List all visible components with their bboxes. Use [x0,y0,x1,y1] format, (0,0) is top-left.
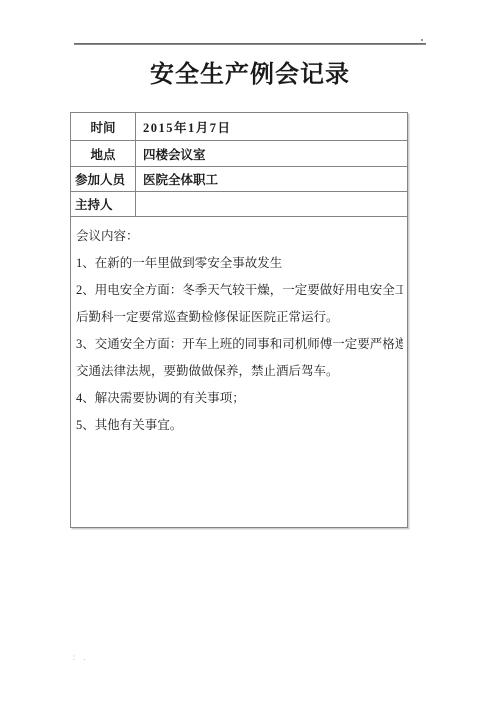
page-title: 安全生产例会记录 [0,60,500,90]
location-value: 四楼会议室 [136,141,408,167]
meeting-content-cell: 会议内容： 1、在新的一年里做到零安全事故发生 2、用电安全方面：冬季天气较干燥… [71,217,408,528]
table-row-time: 时间 2015年1月7日 [71,113,408,141]
time-label: 时间 [71,113,136,141]
content-header: 会议内容： [76,223,403,250]
content-line-3: 3、交通安全方面：开车上班的同事和司机师傅一定要严格遵守 [76,331,403,358]
table-row-content: 会议内容： 1、在新的一年里做到零安全事故发生 2、用电安全方面：冬季天气较干燥… [71,217,408,528]
host-value [136,192,408,217]
content-line-3-cont: 交通法律法规，要勤做做保养，禁止酒后驾车。 [76,358,403,385]
location-label: 地点 [71,141,136,167]
participants-value: 医院全体职工 [136,167,408,192]
table-row-location: 地点 四楼会议室 [71,141,408,167]
meeting-record-table: 时间 2015年1月7日 地点 四楼会议室 参加人员 医院全体职工 主持人 会议… [70,112,408,528]
time-value: 2015年1月7日 [136,113,408,141]
header-rule-dot [421,39,423,41]
table-row-host: 主持人 [71,192,408,217]
content-line-5: 5、其他有关事宜。 [76,412,403,439]
host-label: 主持人 [71,192,136,217]
footer-marks: : . [73,653,89,662]
table-row-participants: 参加人员 医院全体职工 [71,167,408,192]
document-page: 安全生产例会记录 时间 2015年1月7日 地点 四楼会议室 参加人员 医院全体… [0,0,500,708]
content-line-2: 2、用电安全方面：冬季天气较干燥，一定要做好用电安全工作， [76,277,403,304]
header-rule [74,43,426,45]
participants-label: 参加人员 [71,167,136,192]
content-line-1: 1、在新的一年里做到零安全事故发生 [76,250,403,277]
content-line-2-cont: 后勤科一定要常巡查勤检修保证医院正常运行。 [76,304,403,331]
content-line-4: 4、解决需要协调的有关事项； [76,385,403,412]
